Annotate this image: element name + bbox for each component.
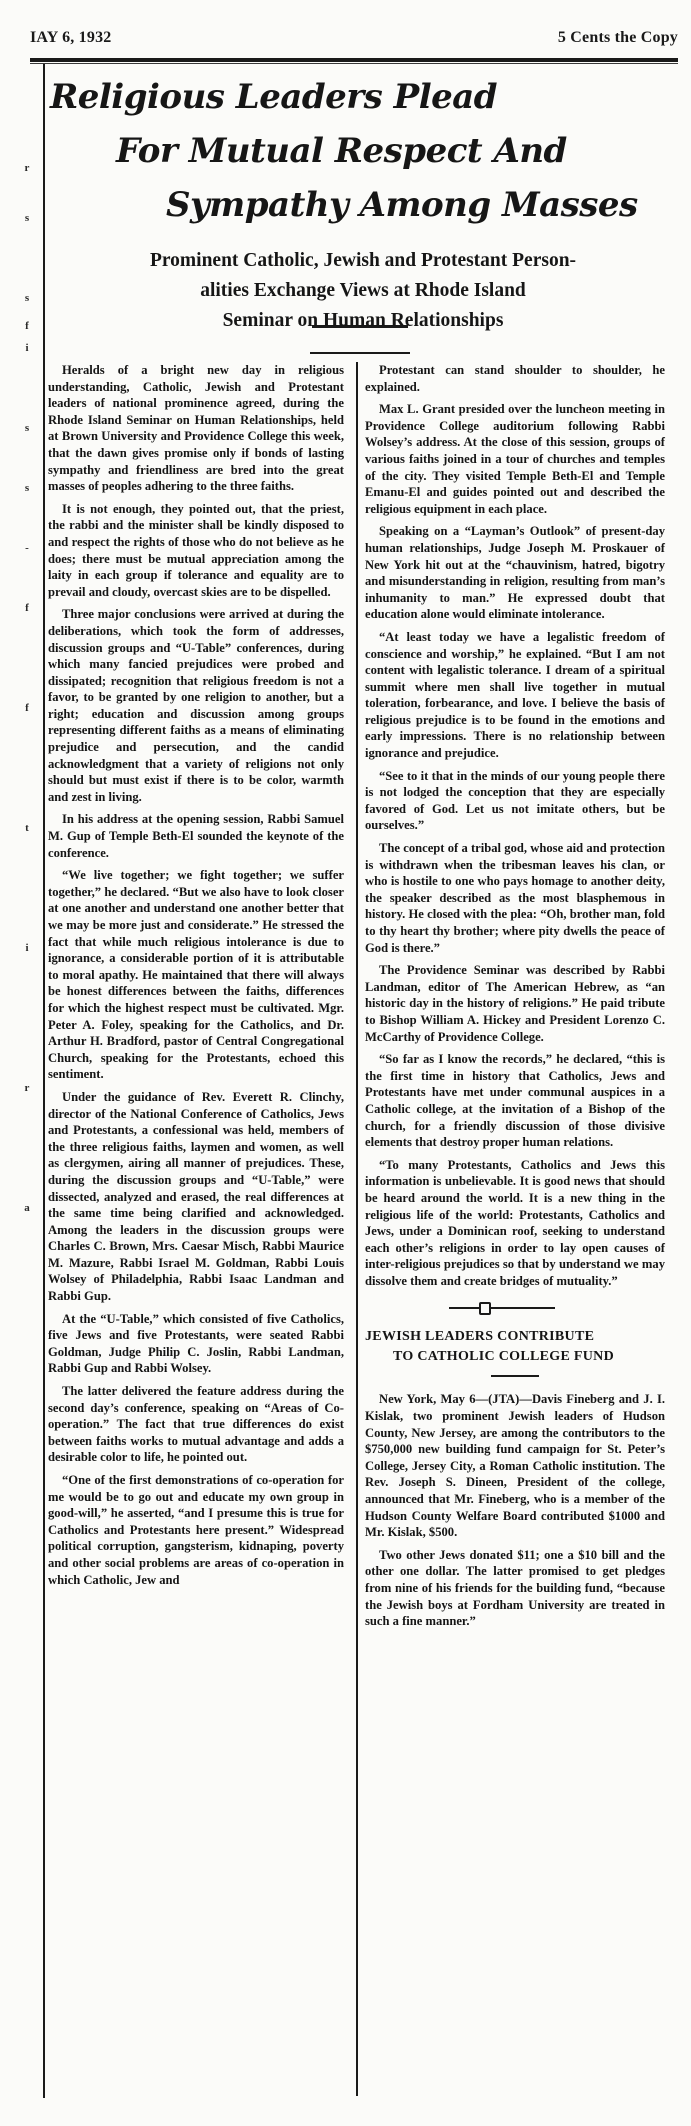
- ornament-bar-right: [489, 1307, 555, 1309]
- article-paragraph: “At least today we have a legalistic fre…: [365, 629, 665, 762]
- deck-line-2: alities Exchange Views at Rhode Island: [46, 276, 680, 306]
- article-paragraph: The concept of a tribal god, whose aid a…: [365, 840, 665, 956]
- article-paragraph: “See to it that in the minds of our youn…: [365, 768, 665, 834]
- masthead-rule: [30, 58, 678, 62]
- margin-fragment: r: [20, 1080, 34, 1097]
- margin-fragment: s: [20, 480, 34, 497]
- masthead-rule-thin: [30, 63, 678, 64]
- sidebar-story-body: New York, May 6—(JTA)—Davis Fineberg and…: [365, 1391, 665, 1629]
- adjacent-column-rule: [43, 64, 45, 2098]
- article-paragraph: At the “U-Table,” which consisted of fiv…: [48, 1311, 344, 1377]
- margin-fragment: i: [20, 340, 34, 357]
- section-ornament: [365, 1299, 665, 1317]
- article-paragraph: The Providence Seminar was described by …: [365, 962, 665, 1045]
- headline: Religious Leaders Plead For Mutual Respe…: [50, 70, 680, 232]
- article-paragraph: “To many Protestants, Catholics and Jews…: [365, 1157, 665, 1290]
- column-divider: [356, 362, 358, 2096]
- article-paragraph: It is not enough, they pointed out, that…: [48, 501, 344, 601]
- article-paragraph: Speaking on a “Layman’s Outlook” of pres…: [365, 523, 665, 623]
- article-paragraph: “So far as I know the records,” he decla…: [365, 1051, 665, 1151]
- article-paragraph: Max L. Grant presided over the luncheon …: [365, 401, 665, 517]
- article-paragraph: Two other Jews donated $11; one a $10 bi…: [365, 1547, 665, 1630]
- sidebar-headline-line-2: TO CATHOLIC COLLEGE FUND: [365, 1347, 665, 1367]
- margin-fragment: r: [20, 160, 34, 177]
- headline-line-3: Sympathy Among Masses: [50, 178, 680, 232]
- sidebar-headline: JEWISH LEADERS CONTRIBUTE TO CATHOLIC CO…: [365, 1327, 665, 1367]
- article-column-right-body: Protestant can stand shoulder to shoulde…: [365, 362, 665, 1289]
- margin-fragment: f: [20, 318, 34, 335]
- article-paragraph: Protestant can stand shoulder to shoulde…: [365, 362, 665, 395]
- issue-date: IAY 6, 1932: [30, 29, 111, 47]
- headline-line-2: For Mutual Respect And: [50, 124, 680, 178]
- deck-line-1: Prominent Catholic, Jewish and Protestan…: [46, 246, 680, 276]
- margin-fragment: -: [20, 540, 34, 557]
- margin-fragment: s: [20, 420, 34, 437]
- article-paragraph: In his address at the opening session, R…: [48, 811, 344, 861]
- issue-price: 5 Cents the Copy: [558, 29, 678, 47]
- sidebar-headline-line-1: JEWISH LEADERS CONTRIBUTE: [365, 1329, 594, 1344]
- article-paragraph: The latter delivered the feature address…: [48, 1383, 344, 1466]
- margin-fragment: s: [20, 290, 34, 307]
- article-paragraph: Heralds of a bright new day in religious…: [48, 362, 344, 495]
- masthead: IAY 6, 1932 5 Cents the Copy: [30, 26, 678, 50]
- article-column-right: Protestant can stand shoulder to shoulde…: [365, 362, 665, 1636]
- article-paragraph: “We live together; we fight together; we…: [48, 867, 344, 1083]
- article-paragraph: Under the guidance of Rev. Everett R. Cl…: [48, 1089, 344, 1305]
- margin-fragment: i: [20, 940, 34, 957]
- article-column-left: Heralds of a bright new day in religious…: [48, 362, 344, 1594]
- article-paragraph: New York, May 6—(JTA)—Davis Fineberg and…: [365, 1391, 665, 1540]
- article-paragraph: “One of the first demonstrations of co-o…: [48, 1472, 344, 1588]
- margin-fragment: s: [20, 210, 34, 227]
- margin-fragment: a: [20, 1200, 34, 1217]
- deck-divider: [310, 352, 410, 354]
- margin-fragment: t: [20, 820, 34, 837]
- sidebar-divider: [491, 1375, 539, 1377]
- deck-subheadline: Prominent Catholic, Jewish and Protestan…: [46, 246, 680, 336]
- deck-line-3: Seminar on Human Relationships: [46, 306, 680, 336]
- margin-fragment: f: [20, 700, 34, 717]
- headline-line-1: Religious Leaders Plead: [50, 70, 680, 124]
- margin-fragment: f: [20, 600, 34, 617]
- article-paragraph: Three major conclusions were arrived at …: [48, 606, 344, 805]
